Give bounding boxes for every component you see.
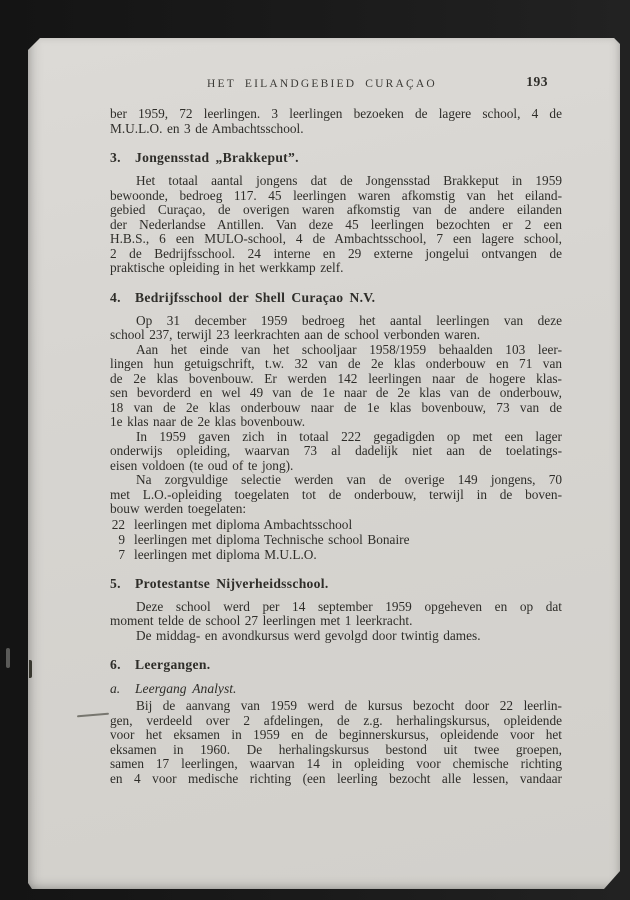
section-heading: 3.Jongensstad „Brakkeput”. <box>110 150 562 165</box>
text-line: Het totaal aantal jongens dat de Jongens… <box>110 174 562 189</box>
body-paragraph: Aan het einde van het schooljaar 1958/19… <box>110 343 562 430</box>
page-body: ber 1959, 72 leerlingen. 3 leerlingen be… <box>110 107 562 786</box>
text-line: Bij de aanvang van 1959 werd de kursus b… <box>110 699 562 714</box>
scan-artifact-notch <box>29 660 32 678</box>
list-item: 7leerlingen met diploma M.U.L.O. <box>110 547 562 562</box>
section-title: Leergangen. <box>135 657 210 672</box>
scan-artifact-scratch <box>6 648 10 668</box>
text-line: De middag- en avondkursus werd gevolgd d… <box>110 629 562 644</box>
text-line: gen, verdeeld over 2 afdelingen, de z.g.… <box>110 714 562 729</box>
text-line: H.B.S., 6 een MULO-school, 4 de Ambachts… <box>110 232 562 247</box>
list-item: 22leerlingen met diploma Ambachtsschool <box>110 517 562 532</box>
text-line: Na zorgvuldige selectie werden van de ov… <box>110 473 562 488</box>
text-line: moment telde de school 27 leerlingen met… <box>110 614 562 629</box>
section-number: 6. <box>110 657 135 672</box>
body-paragraph: Na zorgvuldige selectie werden van de ov… <box>110 473 562 517</box>
text-line: eisen voldoen (te oud of te jong). <box>110 459 562 474</box>
text-line: bewoonde, bedroeg 117. 45 leerlingen war… <box>110 189 562 204</box>
text-line: met L.O.-opleiding toegelaten tot de ond… <box>110 488 562 503</box>
text-line: Aan het einde van het schooljaar 1958/19… <box>110 343 562 358</box>
scanned-page: HET EILANDGEBIED CURAÇAO 193 ber 1959, 7… <box>28 38 620 889</box>
text-line: ber 1959, 72 leerlingen. 3 leerlingen be… <box>110 107 562 122</box>
section-title: Leergang Analyst. <box>135 681 236 696</box>
body-paragraph: ber 1959, 72 leerlingen. 3 leerlingen be… <box>110 107 562 136</box>
text-line: onderwijs opleiding, waarvan 73 al dadel… <box>110 444 562 459</box>
section-number: 5. <box>110 576 135 591</box>
section-title: Protestantse Nijverheidsschool. <box>135 576 329 591</box>
section-number: 4. <box>110 290 135 305</box>
section-heading: 4.Bedrijfsschool der Shell Curaçao N.V. <box>110 290 562 305</box>
text-line: M.U.L.O. en 3 de Ambachtsschool. <box>110 122 562 137</box>
section-heading: 5.Protestantse Nijverheidsschool. <box>110 576 562 591</box>
running-header: HET EILANDGEBIED CURAÇAO 193 <box>110 76 562 92</box>
body-paragraph: Het totaal aantal jongens dat de Jongens… <box>110 174 562 276</box>
text-line: In 1959 gaven zich in totaal 222 gegadig… <box>110 430 562 445</box>
section-title: Jongensstad „Brakkeput”. <box>135 150 299 165</box>
text-line: de 2e klas bovenbouw. Er werden 142 leer… <box>110 372 562 387</box>
text-line: lingen hun getuigschrift, t.w. 32 van de… <box>110 357 562 372</box>
text-line: Deze school werd per 14 september 1959 o… <box>110 600 562 615</box>
text-line: samen 17 leerlingen, waarvan 14 in oplei… <box>110 757 562 772</box>
text-line: eksamen in 1960. De herhalingskursus bes… <box>110 743 562 758</box>
text-line: gebied Curaçao, de overigen waren afkoms… <box>110 203 562 218</box>
section-number: 3. <box>110 150 135 165</box>
body-paragraph: In 1959 gaven zich in totaal 222 gegadig… <box>110 430 562 474</box>
text-line: 18 van de 2e klas onderbouw naar de 1e k… <box>110 401 562 416</box>
body-paragraph: Op 31 december 1959 bedroeg het aantal l… <box>110 314 562 343</box>
page-number: 193 <box>526 74 548 90</box>
text-line: der Nederlandse Antillen. Van deze 45 le… <box>110 218 562 233</box>
list-item-count: 7 <box>110 547 125 562</box>
text-line: Op 31 december 1959 bedroeg het aantal l… <box>110 314 562 329</box>
scanner-canvas: { "colors": { "paper": "#d7d5d1", "surro… <box>0 0 630 900</box>
running-header-title: HET EILANDGEBIED CURAÇAO <box>96 76 548 92</box>
diploma-list: 22leerlingen met diploma Ambachtsschool9… <box>110 517 562 562</box>
text-line: voor het eksamen in 1959 en de beginners… <box>110 728 562 743</box>
body-paragraph: Bij de aanvang van 1959 werd de kursus b… <box>110 699 562 786</box>
list-item-text: leerlingen met diploma Technische school… <box>134 532 409 547</box>
list-item-text: leerlingen met diploma M.U.L.O. <box>134 547 317 562</box>
list-item-text: leerlingen met diploma Ambachtsschool <box>134 517 352 532</box>
text-line: school 237, terwijl 23 leerkrachten aan … <box>110 328 562 343</box>
text-line: praktische opleiding in het werkkamp zel… <box>110 261 562 276</box>
body-paragraph: De middag- en avondkursus werd gevolgd d… <box>110 629 562 644</box>
section-subheading: a.Leergang Analyst. <box>110 681 562 696</box>
list-item: 9leerlingen met diploma Technische schoo… <box>110 532 562 547</box>
section-heading: 6.Leergangen. <box>110 657 562 672</box>
text-line: bouw werden toegelaten: <box>110 502 562 517</box>
section-number: a. <box>110 681 135 696</box>
section-title: Bedrijfsschool der Shell Curaçao N.V. <box>135 290 375 305</box>
text-line: 2 de Bedrijfsschool. 24 interne en 29 ex… <box>110 247 562 262</box>
list-item-count: 9 <box>110 532 125 547</box>
text-line: 1e klas naar de 2e klas bovenbouw. <box>110 415 562 430</box>
text-line: en 4 voor medische richting (een leerlin… <box>110 772 562 787</box>
body-paragraph: Deze school werd per 14 september 1959 o… <box>110 600 562 629</box>
text-line: sen bevorderd en wel 49 van de 1e naar d… <box>110 386 562 401</box>
list-item-count: 22 <box>110 517 125 532</box>
